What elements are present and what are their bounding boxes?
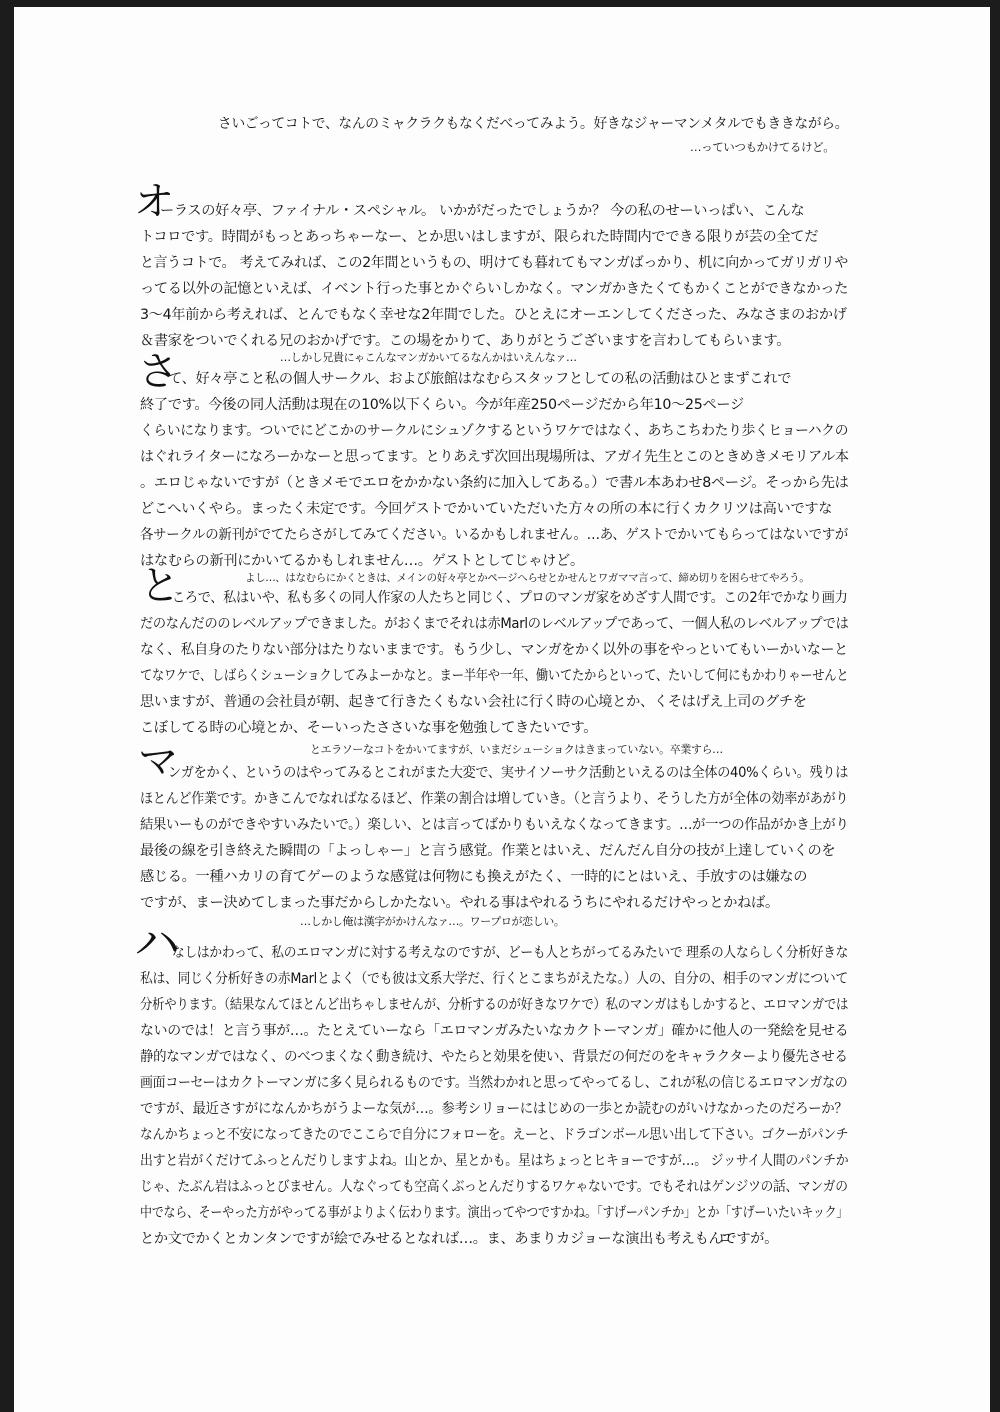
text-line: ほとんど作業です。かきこんでなればなるほど、作業の割合は増していき。（と言うより… — [140, 789, 848, 809]
text-line: こぼしてる時の心境とか、そーいったささいな事を勉強してきたいです。 — [140, 718, 597, 738]
text-line: 私は、同じく分析好きの赤Marlとよく（でも彼は文系大学だ、行くとこまちがえたな… — [140, 969, 848, 989]
text-line: と言うコトで。 考えてみれば、この2年間というもの、明けても暮れてもマンガばっか… — [140, 253, 848, 273]
header-line-2: …っていつもかけてるけど。 — [690, 137, 834, 157]
text-line: ですが、まー決めてしまった事だからしかたない。やれる事はやれるうちにやれるだけや… — [140, 893, 779, 913]
text-line: なく、私自身のたりない部分はたりないままです。もう少し、マンガをかく以外の事をや… — [140, 640, 848, 660]
text-line: はぐれライターになろーかなーと思ってます。とりあえず次回出現場所は、アガイ先生と… — [140, 447, 849, 467]
text-line: なしはかわって、私のエロマンガに対する考えなのですが、どーも人とちがってるみたい… — [172, 943, 848, 963]
text-line: ころで、私はいや、私も多くの同人作家の人たちと同じく、プロのマンガ家をめざす人間… — [172, 588, 848, 608]
text-line: とか文でかくとカンタンですが絵でみせるとなれば…。ま、あまりカジョーな演出も考え… — [140, 1229, 778, 1249]
text-line: 思いますが、普通の会社員が朝、起きて行きたくもない会社に行く時の心境とか、くそは… — [140, 692, 807, 712]
text-line: ないのでは！と言う事が…。たとえていーなら「エロマンガみたいなカクトーマンガ」確… — [140, 1021, 848, 1041]
text-line: 各サークルの新刊がでてたらさがしてみてください。いるかもしれません。…あ、ゲスト… — [140, 525, 848, 545]
text-line: 。エロじゃないですが（ときメモでエロをかかない条約に加入してある。）で書ル本あわ… — [140, 473, 848, 493]
aside-note: とエラソーなコトをかいてますが、いまだシューショクはきまっていない。卒業すら… — [310, 740, 723, 760]
header-line-1: さいごってコトで、なんのミャクラクもなくだべってみよう。好きなジャーマンメタルで… — [218, 114, 848, 134]
text-line: ですが、最近さすがになんかちがうよーな気が…。参考シリョーにはじめの一歩とか読む… — [140, 1099, 848, 1119]
text-line: 中でなら、そーやった方がやってる事がよりよく伝わります。演出ってやつですかね。「… — [140, 1203, 848, 1223]
text-line: てなワケで、しばらくシューショクしてみよーかなと。まー半年や一年、働いてたからと… — [140, 666, 848, 686]
text-line: なんかちょっと不安になってきたのでここらで自分にフォローを。えーと、ドラゴンボー… — [140, 1125, 848, 1145]
text-line: 最後の線を引き終えた瞬間の「よっしゃー」と言う感覚。作業とはいえ、だんだん自分の… — [140, 841, 835, 861]
text-line: 3～4年前から考えれば、とんでもなく幸せな2年間でした。ひとえにオーエンしてくだ… — [140, 305, 847, 325]
aside-note: よし…、はなむらにかくときは、メインの好々亭とかページへらせとかせんとワガママ言… — [245, 568, 809, 588]
text-line: だのなんだののレベルアップできました。がおくまでそれは赤Marlのレベルアップで… — [140, 614, 848, 634]
text-line: ーラスの好々亭、ファイナル・スペシャル。 いかがだったでしょうか？ 今の私のせー… — [160, 201, 804, 221]
aside-note: …しかし俺は漢字がかけんなァ…。ワープロが恋しい。 — [300, 912, 564, 932]
text-line: 感じる。一種ハカリの育てゲーのような感覚は何物にも換えがたく、一時的にとはいえ、… — [140, 867, 807, 887]
text-line: 分析やります。（結果なんてほとんど出ちゃしませんが、分析するのが好きなワケで）私… — [140, 995, 848, 1015]
text-line: 画面コーセーはカクトーマンガに多く見られるものです。当然わかれと思ってやってるし… — [140, 1073, 847, 1093]
text-line: 結果いーものができやすいみたいで。）楽しい、とは言ってばかりもいえなくなってきま… — [140, 815, 848, 835]
text-line: 終了です。今後の同人活動は現在の10%以下くらい。今が年産250ページだから年1… — [140, 395, 744, 415]
text-line: 静的なマンガではなく、のべつまくなく動き続け、やたらと効果を使い、背景だの何だの… — [140, 1047, 848, 1067]
text-line: ンガをかく、というのはやってみるとこれがまた大変で、実サイソーサク活動といえるの… — [168, 763, 848, 783]
text-line: じゃ、たぶん岩はふっとびません。人なぐっても空高くぶっとんだりするワケゃないです… — [140, 1177, 848, 1197]
aside-note: …しかし兄貴にゃこんなマンガかいてるなんかはいえんなァ… — [280, 348, 577, 368]
signoff-mark: ロ — [718, 1229, 732, 1249]
text-line: ってる以外の記憶といえば、イベント行った事とかぐらいしかなく。マンガかきたくても… — [140, 279, 848, 299]
text-line: て、好々亭こと私の個人サークル、および旅館はなむらスタッフとしての私の活動はひと… — [168, 369, 791, 389]
text-line: 出すと岩がくだけてふっとんだりしますよね。山とか、星とかも。星はちょっとヒキョー… — [140, 1151, 848, 1171]
text-line: トコロです。時間がもっとあっちゃーなー、とか思いはしますが、限られた時間内ででき… — [140, 227, 818, 247]
text-line: どこへいくやら。まったく未定です。今回ゲストでかいていただいた方々の所の本に行く… — [140, 499, 832, 519]
text-line: くらいになります。ついでにどこかのサークルにシュゾクするというワケではなく、あち… — [140, 421, 848, 441]
